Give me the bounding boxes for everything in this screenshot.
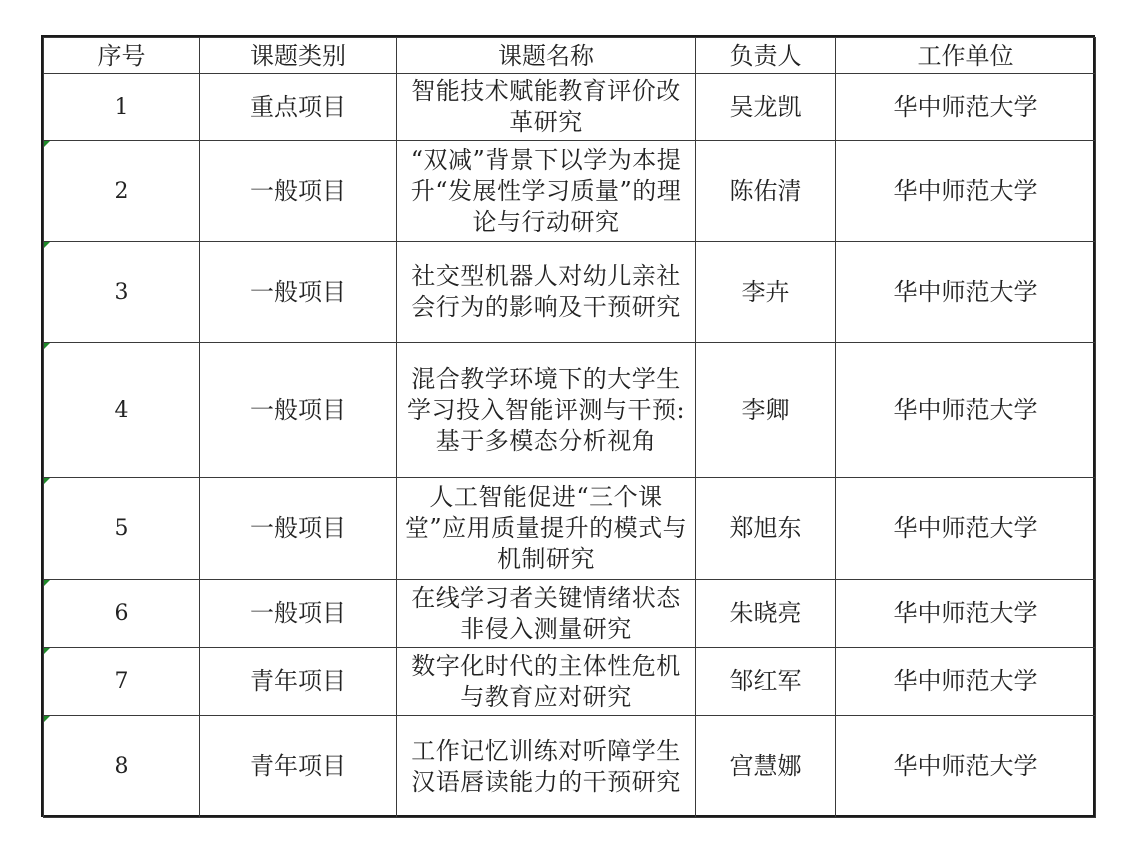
header-row: 序号 课题类别 课题名称 负责人 工作单位	[44, 38, 1096, 74]
cell-no[interactable]: 3	[44, 242, 200, 343]
column-header-title: 课题名称	[397, 38, 696, 74]
cell-no-text: 8	[115, 754, 129, 779]
table-row: 1 重点项目 智能技术赋能教育评价改革研究 吴龙凯 华中师范大学	[44, 74, 1096, 141]
table-row: 5 一般项目 人工智能促进“三个课堂”应用质量提升的模式与机制研究 郑旭东 华中…	[44, 478, 1096, 580]
column-header-no: 序号	[44, 38, 200, 74]
column-header-unit: 工作单位	[836, 38, 1096, 74]
cell-no[interactable]: 4	[44, 343, 200, 478]
cell-no[interactable]: 5	[44, 478, 200, 580]
cell-category[interactable]: 一般项目	[200, 343, 397, 478]
table-row: 6 一般项目 在线学习者关键情绪状态非侵入测量研究 朱晓亮 华中师范大学	[44, 580, 1096, 648]
error-marker-icon	[44, 141, 50, 147]
project-table: 序号 课题类别 课题名称 负责人 工作单位 1 重点项目 智能技术赋能教育评价改…	[43, 37, 1096, 818]
table-row: 4 一般项目 混合教学环境下的大学生学习投入智能评测与干预:基于多模态分析视角 …	[44, 343, 1096, 478]
cell-title[interactable]: 在线学习者关键情绪状态非侵入测量研究	[397, 580, 696, 648]
cell-unit[interactable]: 华中师范大学	[836, 716, 1096, 818]
cell-leader[interactable]: 李卿	[696, 343, 836, 478]
cell-category[interactable]: 重点项目	[200, 74, 397, 141]
project-table-sheet: 序号 课题类别 课题名称 负责人 工作单位 1 重点项目 智能技术赋能教育评价改…	[41, 35, 1095, 817]
cell-leader[interactable]: 邹红军	[696, 648, 836, 716]
cell-unit[interactable]: 华中师范大学	[836, 478, 1096, 580]
cell-unit[interactable]: 华中师范大学	[836, 343, 1096, 478]
cell-title[interactable]: 工作记忆训练对听障学生汉语唇读能力的干预研究	[397, 716, 696, 818]
cell-no[interactable]: 1	[44, 74, 200, 141]
column-header-leader: 负责人	[696, 38, 836, 74]
cell-no-text: 4	[115, 398, 129, 423]
cell-no[interactable]: 6	[44, 580, 200, 648]
cell-category[interactable]: 青年项目	[200, 716, 397, 818]
cell-unit[interactable]: 华中师范大学	[836, 580, 1096, 648]
cell-category[interactable]: 一般项目	[200, 141, 397, 242]
cell-title[interactable]: 智能技术赋能教育评价改革研究	[397, 74, 696, 141]
cell-leader[interactable]: 李卉	[696, 242, 836, 343]
cell-leader[interactable]: 郑旭东	[696, 478, 836, 580]
cell-category[interactable]: 一般项目	[200, 478, 397, 580]
cell-leader[interactable]: 吴龙凯	[696, 74, 836, 141]
cell-unit[interactable]: 华中师范大学	[836, 74, 1096, 141]
cell-category[interactable]: 一般项目	[200, 580, 397, 648]
cell-leader[interactable]: 陈佑清	[696, 141, 836, 242]
cell-no[interactable]: 8	[44, 716, 200, 818]
table-row: 7 青年项目 数字化时代的主体性危机与教育应对研究 邹红军 华中师范大学	[44, 648, 1096, 716]
error-marker-icon	[44, 478, 50, 484]
cell-no-text: 3	[115, 280, 129, 305]
error-marker-icon	[44, 648, 50, 654]
error-marker-icon	[44, 242, 50, 248]
cell-unit[interactable]: 华中师范大学	[836, 648, 1096, 716]
cell-leader[interactable]: 朱晓亮	[696, 580, 836, 648]
cell-title[interactable]: 社交型机器人对幼儿亲社会行为的影响及干预研究	[397, 242, 696, 343]
cell-no[interactable]: 7	[44, 648, 200, 716]
error-marker-icon	[44, 716, 50, 722]
cell-no-text: 2	[115, 179, 129, 204]
cell-unit[interactable]: 华中师范大学	[836, 242, 1096, 343]
cell-category[interactable]: 一般项目	[200, 242, 397, 343]
cell-category[interactable]: 青年项目	[200, 648, 397, 716]
cell-unit[interactable]: 华中师范大学	[836, 141, 1096, 242]
cell-no-text: 7	[115, 669, 129, 694]
cell-title[interactable]: 人工智能促进“三个课堂”应用质量提升的模式与机制研究	[397, 478, 696, 580]
table-row: 8 青年项目 工作记忆训练对听障学生汉语唇读能力的干预研究 宫慧娜 华中师范大学	[44, 716, 1096, 818]
cell-no-text: 5	[115, 516, 129, 541]
cell-title[interactable]: “双减”背景下以学为本提升“发展性学习质量”的理论与行动研究	[397, 141, 696, 242]
error-marker-icon	[44, 580, 50, 586]
error-marker-icon	[44, 343, 50, 349]
cell-no[interactable]: 2	[44, 141, 200, 242]
column-header-category: 课题类别	[200, 38, 397, 74]
cell-title[interactable]: 混合教学环境下的大学生学习投入智能评测与干预:基于多模态分析视角	[397, 343, 696, 478]
table-row: 2 一般项目 “双减”背景下以学为本提升“发展性学习质量”的理论与行动研究 陈佑…	[44, 141, 1096, 242]
cell-no-text: 1	[115, 95, 129, 120]
cell-no-text: 6	[115, 601, 129, 626]
table-row: 3 一般项目 社交型机器人对幼儿亲社会行为的影响及干预研究 李卉 华中师范大学	[44, 242, 1096, 343]
cell-title[interactable]: 数字化时代的主体性危机与教育应对研究	[397, 648, 696, 716]
cell-leader[interactable]: 宫慧娜	[696, 716, 836, 818]
